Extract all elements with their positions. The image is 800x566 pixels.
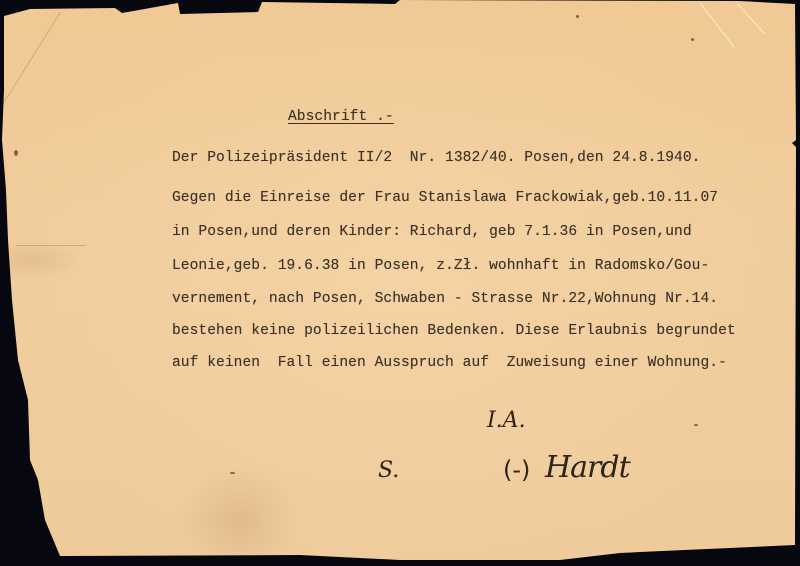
paper-scratch: [700, 3, 735, 47]
text-line: Gegen die Einreise der Frau Stanislawa F…: [172, 190, 718, 206]
text-line: Leonie,geb. 19.6.38 in Posen, z.Zł. wohn…: [172, 258, 709, 274]
document-heading: Abschrift .-: [288, 109, 394, 125]
handwritten-initial: S.: [378, 458, 399, 483]
text-line-header: Der Polizeipräsident II/2 Nr. 1382/40. P…: [172, 150, 700, 166]
paper-spot: [576, 15, 579, 18]
paper-spot: [14, 150, 18, 156]
paper-spot: [230, 472, 235, 474]
paper-scratch: [737, 3, 765, 33]
text-line: auf keinen Fall einen Ausspruch auf Zuwe…: [172, 355, 727, 371]
paper-crease: [16, 245, 86, 246]
paper-spot: [691, 38, 694, 41]
scanned-document: Abschrift .- Der Polizeipräsident II/2 N…: [0, 0, 800, 566]
text-line: vernement, nach Posen, Schwaben - Strass…: [172, 291, 718, 307]
handwritten-signature: Hardt: [545, 450, 630, 485]
handwritten-paren: (-): [503, 456, 530, 484]
handwritten-ia: I.A.: [487, 408, 526, 433]
text-line: in Posen,und deren Kinder: Richard, geb …: [172, 224, 692, 240]
text-line: bestehen keine polizeilichen Bedenken. D…: [172, 323, 736, 339]
paper-crease: [0, 12, 61, 123]
paper-spot: [694, 424, 698, 426]
paper-sheet: Abschrift .- Der Polizeipräsident II/2 N…: [0, 0, 800, 566]
